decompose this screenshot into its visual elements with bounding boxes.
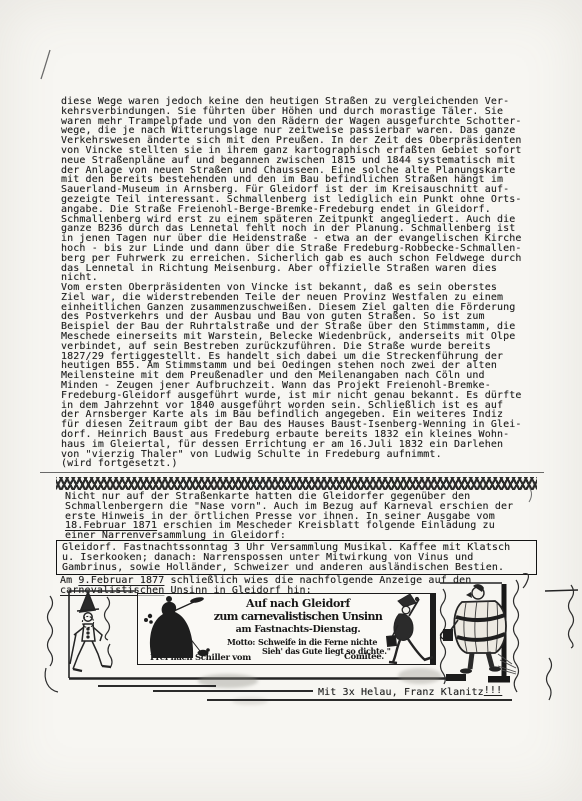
frame-corner-blob [446,674,466,681]
handwritten-slash-mark [41,50,50,79]
barrel-frame-corner [488,676,510,683]
signature-exclamation: !!! [484,685,502,696]
signature-dash-line-2 [153,690,313,692]
signature-dash-line-1 [98,685,216,687]
handwritten-paren-mark [529,487,532,502]
signature-underline [207,699,512,701]
decorations-overlay [0,0,582,801]
jester-figure [386,594,433,663]
signature-text: Mit 3x Helau, Franz Klanitz!!! [318,688,502,698]
dancer-silhouette-figure [144,596,210,658]
scanned-document-page: diese Wege waren jedoch keine den heutig… [0,0,582,801]
signature-greeting: Mit 3x Helau, Franz Klanitz [318,687,484,698]
clown-figure [70,592,111,671]
